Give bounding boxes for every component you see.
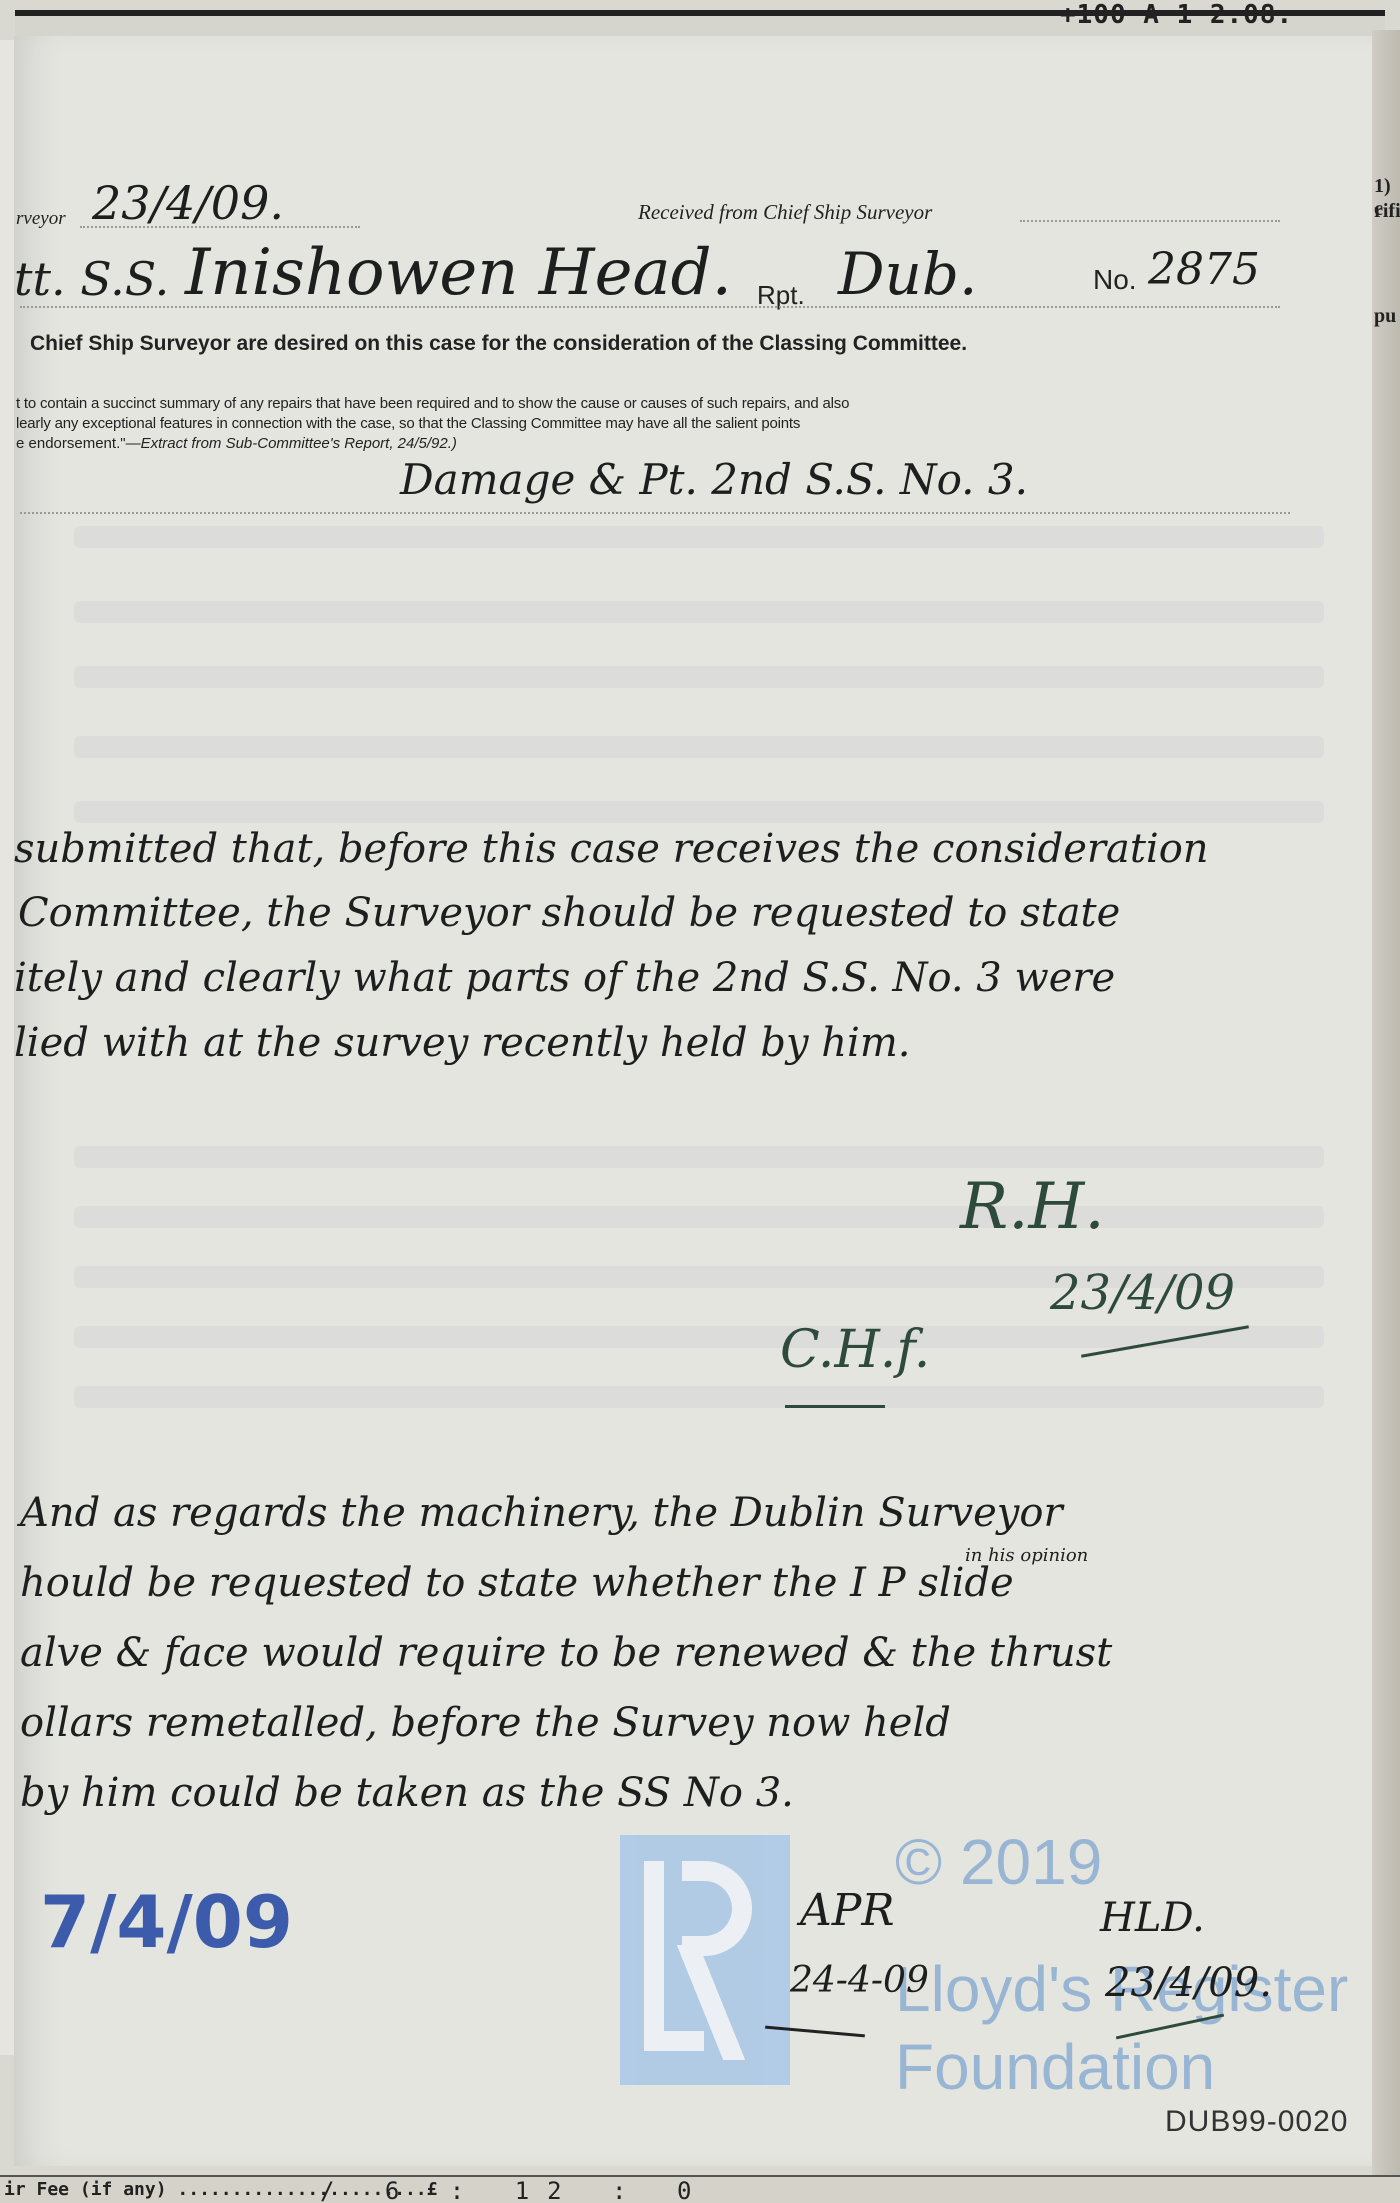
ship-name: Inishowen Head. <box>185 236 732 310</box>
instructions-line-2: learly any exceptional features in conne… <box>16 415 800 432</box>
submission-line-1: submitted that, before this case receive… <box>14 826 1209 872</box>
instructions-citation: —Extract from Sub-Committee's Report, 24… <box>126 435 457 452</box>
fee-amount: / 6 : 12 : 0 <box>320 2177 709 2203</box>
underlying-bottom-strip: ir Fee (if any) .......................£… <box>0 2175 1400 2203</box>
machinery-line-4: ollars remetalled, before the Survey now… <box>20 1700 951 1746</box>
instructions-line-3: e endorsement."—Extract from Sub-Committ… <box>16 435 457 452</box>
signature-date: 23/4/09 <box>1050 1265 1235 1321</box>
submission-line-4: lied with at the survey recently held by… <box>14 1020 910 1066</box>
machinery-line-2: hould be requested to state whether the … <box>20 1560 1014 1606</box>
submission-line-2: Committee, the Surveyor should be reques… <box>18 890 1120 936</box>
ship-prefix: tt. S.S. <box>14 252 169 306</box>
blue-pencil-date: 7/4/09 <box>40 1880 293 1964</box>
edge-fragment: pu <box>1374 305 1396 328</box>
signature-initials: R.H. <box>960 1170 1105 1244</box>
instructions-heading: Chief Ship Surveyor are desired on this … <box>30 332 967 356</box>
initials-left: APR <box>800 1885 895 1936</box>
received-label: Received from Chief Ship Surveyor <box>638 200 932 225</box>
surveyor-label: rveyor <box>16 208 66 230</box>
instructions-line-1: t to contain a succinct summary of any r… <box>16 395 849 412</box>
submission-line-3: itely and clearly what parts of the 2nd … <box>14 955 1115 1001</box>
reference-code: DUB99-0020 <box>1165 2105 1348 2139</box>
underlying-right-edge: 1) c rifi pu <box>1372 30 1400 2180</box>
underlying-class-notation: +100 A 1 2.08. <box>1060 0 1293 30</box>
machinery-line-5: by him could be taken as the SS No 3. <box>20 1770 794 1816</box>
countersign-underline <box>785 1405 885 1408</box>
surveyor-date: 23/4/09. <box>92 176 284 230</box>
report-number: 2875 <box>1148 244 1260 295</box>
countersign-initials: C.H.f. <box>780 1320 930 1380</box>
instructions-end: e endorsement." <box>16 435 126 452</box>
case-title: Damage & Pt. 2nd S.S. No. 3. <box>400 455 1028 504</box>
watermark-copyright: © 2019 <box>895 1825 1102 1899</box>
machinery-line-3: alve & face would require to be renewed … <box>20 1630 1112 1676</box>
rpt-port: Dub. <box>838 240 977 308</box>
machinery-line-1: And as regards the machinery, the Dublin… <box>20 1490 1063 1536</box>
edge-fragment: rifi <box>1374 200 1400 223</box>
date-right: 23/4/09. <box>1105 1960 1272 2006</box>
initials-right: HLD. <box>1100 1895 1205 1941</box>
lr-logo <box>620 1835 790 2085</box>
date-left: 24-4-09 <box>790 1960 929 2001</box>
watermark-line-2: Foundation <box>895 2030 1215 2104</box>
no-label: No. <box>1093 264 1137 296</box>
